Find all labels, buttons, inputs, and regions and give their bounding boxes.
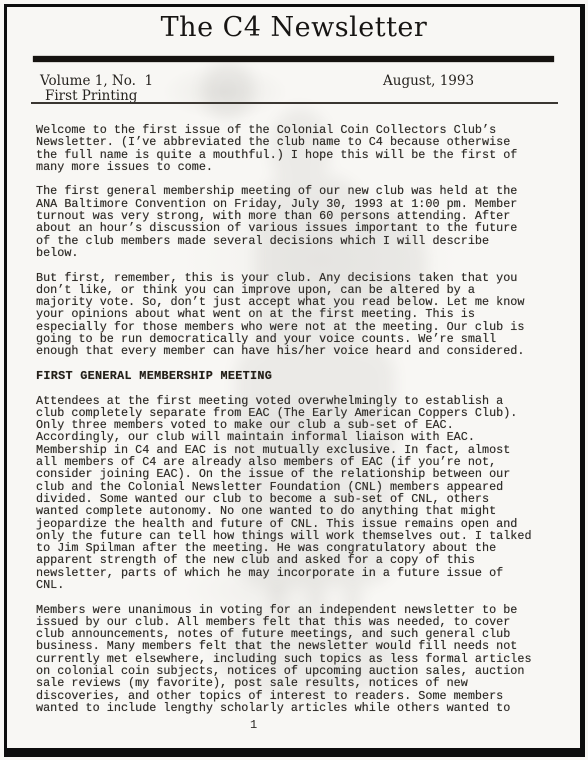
scanned-newsletter-page: The C4 Newsletter Volume 1, No. 1 First …: [0, 0, 588, 760]
body-paragraph: Welcome to the first issue of the Coloni…: [36, 124, 564, 173]
newsletter-title: The C4 Newsletter: [0, 12, 588, 43]
article-body: Welcome to the first issue of the Coloni…: [36, 124, 564, 727]
header-thin-rule: [31, 102, 558, 104]
body-paragraph: Members were unanimous in voting for an …: [36, 604, 564, 715]
volume-number-line: Volume 1, No. 1: [40, 73, 153, 89]
page-content: The C4 Newsletter Volume 1, No. 1 First …: [0, 0, 588, 760]
body-paragraph: But first, remember, this is your club. …: [36, 272, 564, 358]
body-paragraph: The first general membership meeting of …: [36, 185, 564, 259]
page-number: 1: [250, 718, 257, 732]
issue-date: August, 1993: [383, 73, 474, 89]
masthead-thick-rule: [33, 56, 554, 62]
section-heading: FIRST GENERAL MEMBERSHIP MEETING: [36, 370, 564, 382]
body-paragraph: Attendees at the first meeting voted ove…: [36, 395, 564, 592]
